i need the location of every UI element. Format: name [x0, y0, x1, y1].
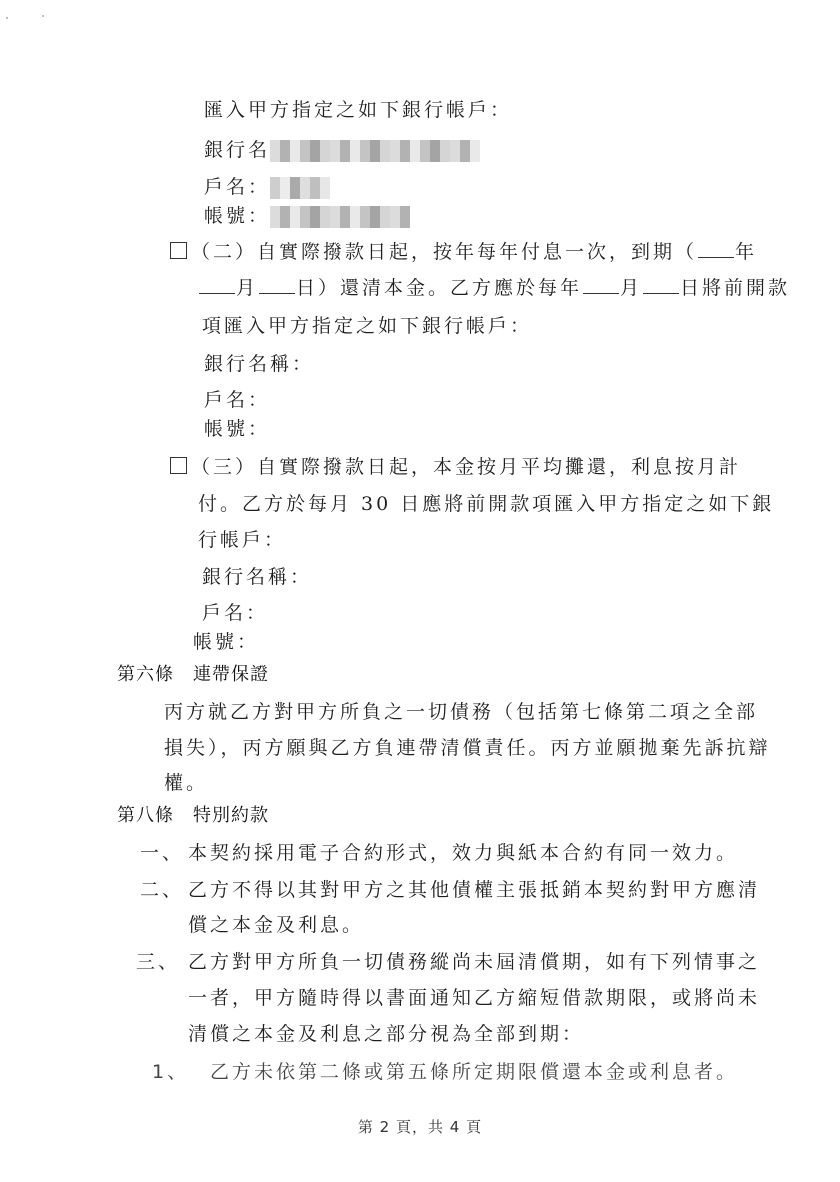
article-6-line-1: 丙方就乙方對甲方所負之一切債務（包括第七條第二項之全部	[164, 700, 758, 724]
option-2-checkbox[interactable]	[170, 242, 187, 259]
bank-intro-text: 匯入甲方指定之如下銀行帳戶：	[204, 98, 512, 122]
sub-item-number: 1、	[152, 1060, 210, 1084]
article-8-sub-item-1: 1、乙方未依第二條或第五條所定期限償還本金或利息者。	[152, 1060, 738, 1084]
account-name-label: 戶名：	[204, 176, 270, 198]
option-2-line-1: （二）自實際撥款日起，按年每年付息一次，到期（年	[170, 240, 757, 264]
article-6-line-3: 權。	[164, 771, 208, 795]
option-3-line-3: 行帳戶：	[198, 528, 286, 552]
option-2-account-no-label: 帳號：	[204, 417, 270, 441]
option-3-account-no-label: 帳號：	[193, 630, 259, 654]
year-blank[interactable]	[698, 241, 734, 258]
redacted-account-no	[270, 206, 410, 228]
scan-speck	[42, 15, 44, 17]
article-8-item-2: 二、乙方不得以其對甲方之其他債權主張抵銷本契約對甲方應清	[140, 878, 760, 902]
article-8-item-2-cont: 償之本金及利息。	[188, 913, 364, 937]
pay-month-blank[interactable]	[583, 277, 619, 294]
option-2-account-name-label: 戶名：	[204, 388, 270, 412]
option-3-bank-name-label: 銀行名稱：	[202, 565, 312, 589]
article-6-line-2: 損失），丙方願與乙方負連帶清償責任。丙方並願拋棄先訴抗辯	[164, 736, 771, 760]
article-8-item-3: 三、乙方對甲方所負一切債務縱尚未屆清償期，如有下列情事之	[136, 950, 760, 974]
item-number: 一、	[140, 841, 188, 865]
account-name-row: 戶名：	[204, 175, 330, 199]
page-footer: 第 2 頁，共 4 頁	[0, 1116, 840, 1137]
option-3-line-1: （三）自實際撥款日起，本金按月平均攤還，利息按月計	[170, 455, 741, 479]
day-blank[interactable]	[259, 277, 295, 294]
option-2-bank-name-label: 銀行名稱：	[204, 352, 314, 376]
scan-speck	[6, 17, 8, 19]
article-8-heading: 第八條 特別約款	[117, 804, 269, 828]
month-blank[interactable]	[199, 277, 235, 294]
item-number: 三、	[136, 950, 188, 974]
article-8-item-3-cont-1: 一者，甲方隨時得以書面通知乙方縮短借款期限，或將尚未	[188, 986, 760, 1010]
article-8-item-1: 一、本契約採用電子合約形式，效力與紙本合約有同一效力。	[140, 841, 738, 865]
redacted-account-name	[270, 177, 330, 199]
article-8-item-3-cont-2: 清償之本金及利息之部分視為全部到期：	[188, 1022, 584, 1046]
article-6-heading: 第六條 連帶保證	[117, 663, 269, 687]
bank-name-label: 銀行名	[204, 139, 270, 161]
redacted-bank-name	[270, 140, 480, 162]
account-no-row: 帳號：	[204, 204, 410, 228]
option-3-account-name-label: 戶名：	[202, 601, 268, 625]
option-3-checkbox[interactable]	[170, 457, 187, 474]
account-no-label: 帳號：	[204, 205, 270, 227]
pay-day-blank[interactable]	[643, 277, 679, 294]
item-number: 二、	[140, 878, 188, 902]
option-2-line-3: 項匯入甲方指定之如下銀行帳戶：	[202, 314, 532, 338]
bank-name-row: 銀行名	[204, 138, 480, 162]
option-2-line-2: 月日）還清本金。乙方應於每年月日將前開款	[198, 276, 790, 300]
option-3-line-2: 付。乙方於每月 30 日應將前開款項匯入甲方指定之如下銀	[198, 492, 774, 516]
